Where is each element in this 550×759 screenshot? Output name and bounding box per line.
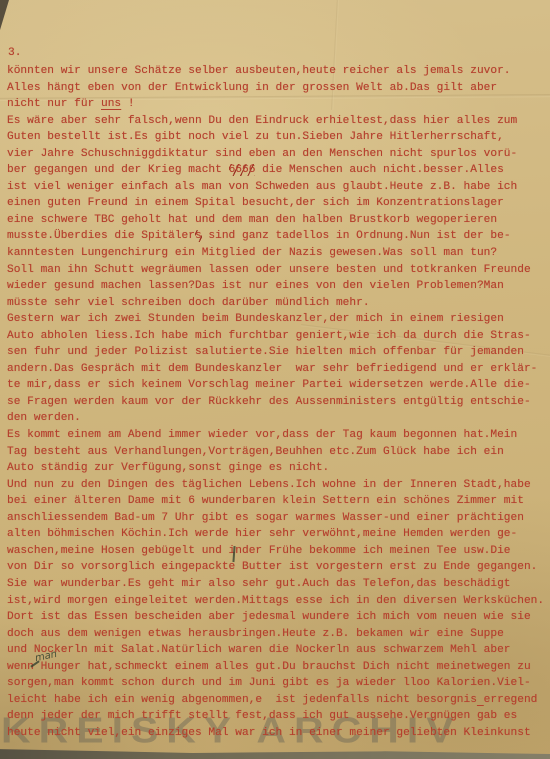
letter-line-segment: se Fragen werden kaum vor der Rückkehr d… bbox=[7, 396, 531, 408]
letter-line-segment: vier Jahre Schuschniggdiktatur sind eben… bbox=[7, 148, 517, 160]
letter-line-segment: eine schwere TBC geholt hat und dem man … bbox=[7, 214, 497, 226]
letter-line-segment: sen fuhr und jeder Polizist salutierte.S… bbox=[7, 346, 524, 358]
letter-line-segment: ist viel weniger einfach als man von Sch… bbox=[7, 181, 517, 193]
letter-line: von Dir so vorsorglich eingepackte Butte… bbox=[7, 559, 547, 576]
letter-line-segment: alten böhmischen Köchin.Ich werde hier s… bbox=[7, 528, 517, 540]
letter-line-segment: erregend bbox=[484, 694, 538, 706]
letter-line: Auto ständig zur Verfügung,sonst ginge e… bbox=[7, 460, 547, 477]
letter-line: und Nockerln mit Salat.Natürlich waren d… bbox=[7, 642, 547, 659]
letter-line-segment: Alles hängt eben von der Entwicklung in … bbox=[7, 82, 497, 94]
letter-line-segment: bei einer älteren Dame mit 6 wunderbaren… bbox=[7, 495, 524, 507]
letter-line-segment: wenn Hunger hat,schmeckt einem alles gut… bbox=[7, 661, 531, 673]
letter-line-segment: wieder gesund machen lassen?Das ist nur … bbox=[7, 280, 504, 292]
letter-line-segment: Dort ist das Essen bescheiden aber jedes… bbox=[7, 611, 531, 623]
letter-line: Alles hängt eben von der Entwicklung in … bbox=[7, 80, 547, 97]
letter-line-segment: von Dir so vorsorglich eingepackte Butte… bbox=[7, 561, 537, 573]
letter-line: sen fuhr und jeder Polizist salutierte.S… bbox=[7, 344, 547, 361]
letter-line-segment: und Nockerln mit Salat.Natürlich waren d… bbox=[7, 644, 511, 656]
letter-line: alten böhmischen Köchin.Ich werde hier s… bbox=[7, 526, 547, 543]
letter-line-segment: musste.Überdies die Spitäler bbox=[7, 230, 195, 242]
letter-line-segment: einen guten Freund in einem Spital besuc… bbox=[7, 197, 504, 209]
letter-line: nicht nur für uns ! bbox=[7, 96, 547, 113]
letter-line: den werden. bbox=[7, 410, 547, 427]
letter-line: Und nun zu den Dingen des täglichen Lebe… bbox=[7, 477, 547, 494]
letter-line: te mir,dass er sich keinem Vorschlag mei… bbox=[7, 377, 547, 394]
letter-line-segment: doch aus dem wenigen etwas herausbringen… bbox=[7, 628, 504, 640]
letter-line-marked-segment: 6666 bbox=[229, 164, 256, 176]
letter-line-segment: Guten bestellt ist.Es gibt noch viel zu … bbox=[7, 131, 504, 143]
letter-line: musste.Überdies die Spitälers sind ganz … bbox=[7, 228, 547, 245]
letter-line: ist viel weniger einfach als man von Sch… bbox=[7, 179, 547, 196]
letter-line-segment: Auto abholen liess.Ich habe mich furchtb… bbox=[7, 330, 531, 342]
letter-line: vier Jahre Schuschniggdiktatur sind eben… bbox=[7, 146, 547, 163]
letter-line: doch aus dem wenigen etwas herausbringen… bbox=[7, 626, 547, 643]
letter-line: waschen,meine Hosen gebügelt und inder F… bbox=[7, 543, 547, 560]
letter-line-segment: Es kommt einem am Abend immer wieder vor… bbox=[7, 429, 517, 441]
letter-line-segment: die Menschen auch nicht.besser.Alles bbox=[255, 164, 503, 176]
letter-line: anschliessendem Bad-um 7 Uhr gibt es sog… bbox=[7, 510, 547, 527]
letter-line-marked-segment bbox=[477, 694, 484, 706]
letter-line: ist,wird morgen eingeleitet werden.Mitta… bbox=[7, 593, 547, 610]
letter-line-segment: ber gegangen und der Krieg macht bbox=[7, 164, 229, 176]
letter-line-segment: nicht nur für bbox=[7, 98, 101, 110]
page-number: 3. bbox=[8, 47, 21, 59]
letter-line-segment: Soll man ihn Schutt wegräumen lassen ode… bbox=[7, 264, 531, 276]
letter-line: einen guten Freund in einem Spital besuc… bbox=[7, 195, 547, 212]
letter-line: Es kommt einem am Abend immer wieder vor… bbox=[7, 427, 547, 444]
letter-line-segment: denn jeder der mich trifft stellt fest,d… bbox=[7, 710, 517, 722]
letter-line: könnten wir unsere Schätze selber ausbeu… bbox=[7, 63, 547, 80]
letter-line: Guten bestellt ist.Es gibt noch viel zu … bbox=[7, 129, 547, 146]
letter-line: Soll man ihn Schutt wegräumen lassen ode… bbox=[7, 262, 547, 279]
letter-line-segment: leicht habe ich ein wenig abgenommen,e i… bbox=[7, 694, 477, 706]
letter-line-segment: Auto ständig zur Verfügung,sonst ginge e… bbox=[7, 462, 329, 474]
letter-line-segment: heute nicht viel,ein einziges Mal war ic… bbox=[7, 727, 531, 739]
letter-line: ber gegangen und der Krieg macht 6666 di… bbox=[7, 162, 547, 179]
letter-line-segment: waschen,meine Hosen gebügelt und inder F… bbox=[7, 545, 511, 557]
letter-line-segment: könnten wir unsere Schätze selber ausbeu… bbox=[7, 65, 511, 77]
letter-line-segment: te mir,dass er sich keinem Vorschlag mei… bbox=[7, 379, 531, 391]
letter-line-segment: ! bbox=[121, 98, 134, 110]
letter-line: Tag besteht aus Verhandlungen,Vorträgen,… bbox=[7, 444, 547, 461]
letter-line: Gestern war ich zwei Stunden beim Bundes… bbox=[7, 311, 547, 328]
letter-line: bei einer älteren Dame mit 6 wunderbaren… bbox=[7, 493, 547, 510]
letter-line-segment: Es wäre aber sehr falsch,wenn Du den Ein… bbox=[7, 115, 517, 127]
letter-line-segment: kanntesten Lungenchirurg ein Mitglied de… bbox=[7, 247, 497, 259]
letter-line: sorgen,man kommt schon durch und im Juni… bbox=[7, 675, 547, 692]
letter-line: andern.Das Gespräch mit dem Bundeskanzle… bbox=[7, 361, 547, 378]
letter-line-marked-segment: s bbox=[195, 230, 202, 242]
letter-line: wenn Hunger hat,schmeckt einem alles gut… bbox=[7, 659, 547, 676]
letter-line: kanntesten Lungenchirurg ein Mitglied de… bbox=[7, 245, 547, 262]
letter-line-segment: Tag besteht aus Verhandlungen,Vorträgen,… bbox=[7, 446, 504, 458]
letter-line-segment: andern.Das Gespräch mit dem Bundeskanzle… bbox=[7, 363, 537, 375]
paper-corner-shadow bbox=[0, 0, 9, 30]
letter-page: KREISKY ARCHIV 3. könnten wir unsere Sch… bbox=[0, 0, 550, 759]
letter-line: müsste sehr viel schreiben doch darüber … bbox=[7, 295, 547, 312]
letter-line-segment: sorgen,man kommt schon durch und im Juni… bbox=[7, 677, 531, 689]
letter-line-segment: den werden. bbox=[7, 412, 81, 424]
letter-line: Sie war wunderbar.Es geht mir also sehr … bbox=[7, 576, 547, 593]
letter-line-marked-segment: uns bbox=[101, 98, 121, 110]
letter-line: Dort ist das Essen bescheiden aber jedes… bbox=[7, 609, 547, 626]
letter-line-segment: ist,wird morgen eingeleitet werden.Mitta… bbox=[7, 595, 544, 607]
letter-line-segment: Und nun zu den Dingen des täglichen Lebe… bbox=[7, 479, 531, 491]
letter-line: se Fragen werden kaum vor der Rückkehr d… bbox=[7, 394, 547, 411]
letter-line: wieder gesund machen lassen?Das ist nur … bbox=[7, 278, 547, 295]
letter-line: heute nicht viel,ein einziges Mal war ic… bbox=[7, 725, 547, 742]
letter-line: Auto abholen liess.Ich habe mich furchtb… bbox=[7, 328, 547, 345]
letter-line-segment: müsste sehr viel schreiben doch darüber … bbox=[7, 297, 370, 309]
letter-line-segment: Gestern war ich zwei Stunden beim Bundes… bbox=[7, 313, 504, 325]
letter-line: Es wäre aber sehr falsch,wenn Du den Ein… bbox=[7, 113, 547, 130]
letter-line: denn jeder der mich trifft stellt fest,d… bbox=[7, 708, 547, 725]
letter-line-segment: sind ganz tadellos in Ordnung.Nun ist de… bbox=[202, 230, 511, 242]
letter-body: könnten wir unsere Schätze selber ausbeu… bbox=[7, 63, 547, 741]
letter-line-segment: anschliessendem Bad-um 7 Uhr gibt es sog… bbox=[7, 512, 524, 524]
letter-line: eine schwere TBC geholt hat und dem man … bbox=[7, 212, 547, 229]
letter-line-segment: Sie war wunderbar.Es geht mir also sehr … bbox=[7, 578, 511, 590]
letter-line: leicht habe ich ein wenig abgenommen,e i… bbox=[7, 692, 547, 709]
